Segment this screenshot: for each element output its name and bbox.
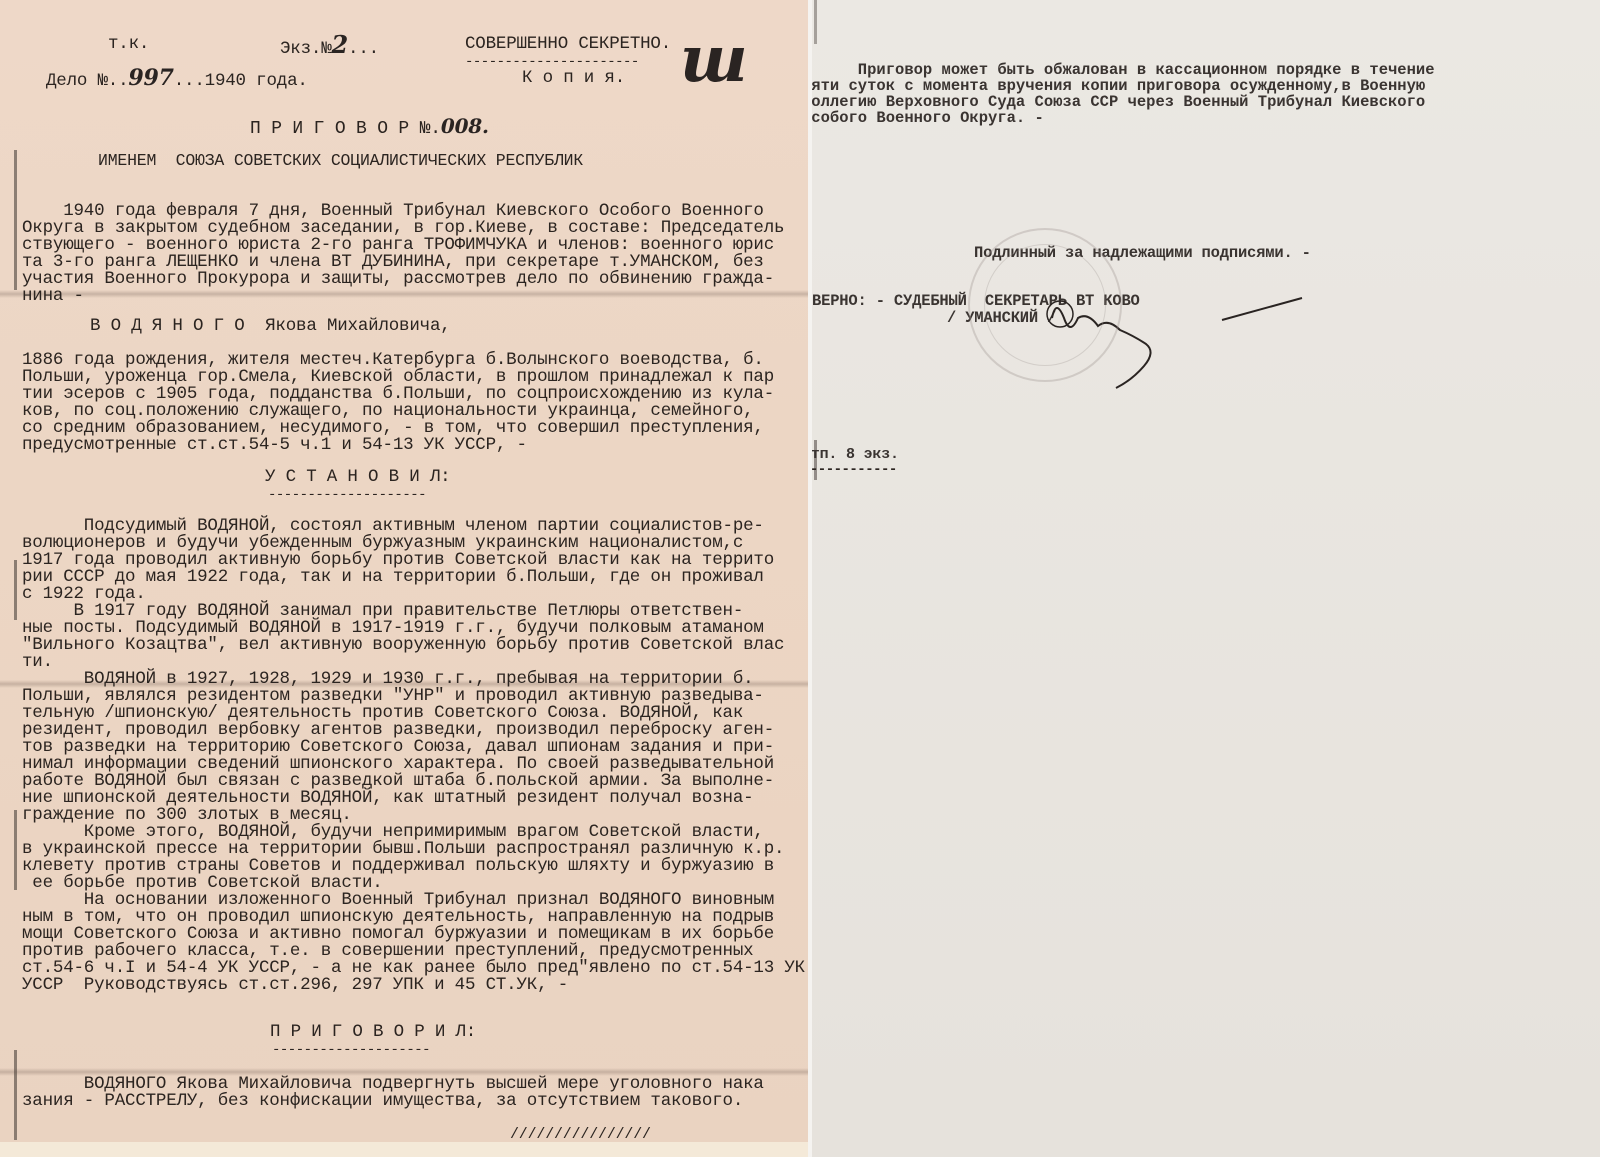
verdict-title: П Р И Г О В О Р №.008. [250,118,489,138]
binder-mark [14,150,17,290]
binder-mark [814,0,817,44]
right-page: Приговор может быть обжалован в кассацио… [812,0,1600,1157]
defendant-line: предусмотренные ст.ст.54-5 ч.1 и 54-13 У… [22,437,782,454]
sentenced-heading: П Р И Г О В О Р И Л: [270,1024,476,1041]
copy-label: К о п и я. [522,70,625,87]
in-the-name-heading: ИМЕНЕМ СОЮЗА СОВЕТСКИХ СОЦИАЛИСТИЧЕСКИХ … [98,152,583,169]
appeal-line: пяти суток с момента вручения копии приг… [812,78,1435,94]
established-heading: У С Т А Н О В И Л: [265,469,450,486]
margin-handwriting: ш [680,28,748,92]
left-page: т.к. Экз.№2... СОВЕРШЕННО СЕКРЕТНО. ----… [0,0,810,1157]
verdict-number-handwritten: 008. [441,114,489,138]
sentenced-rule: -------------------- [272,1042,430,1058]
classification-label: СОВЕРШЕННО СЕКРЕТНО. [465,36,671,53]
case-number-prefix: Дело №.. [46,71,128,91]
copies-note: отп. 8 экз. [812,446,899,463]
case-year: ...1940 года. [174,71,308,91]
intro-line: участия Военного Прокурора и защиты, рас… [22,271,782,288]
appeal-line: Особого Военного Округа. - [812,110,1435,126]
intro-line: нина - [22,288,782,305]
established-rule: -------------------- [268,487,426,503]
sentence-paragraph: ВОДЯНОГО Якова Михайловича подвергнуть в… [22,1076,782,1110]
copy-number-prefix: Экз.№ [280,39,332,59]
appeal-paragraph: Приговор может быть обжалован в кассацио… [812,62,1435,126]
established-line: УССР Руководствуясь ст.ст.296, 297 УПК и… [22,977,782,994]
appeal-line: Приговор может быть обжалован в кассацио… [812,62,1435,78]
copy-number-label: Экз.№2... [280,36,379,58]
established-body: Подсудимый ВОДЯНОЙ, состоял активным чле… [22,518,782,994]
defendant-name: В О Д Я Н О Г О Якова Михайловича, [90,318,451,335]
verdict-number-label: №. [420,119,441,139]
established-line: "Вильного Козацтва", вел активную вооруж… [22,637,782,654]
tk-label: т.к. [108,36,149,53]
copies-rule: ------------ [812,462,897,478]
binder-mark [14,810,17,890]
end-marks: //////////////// [510,1126,651,1143]
case-number-handwritten: 997 [128,65,173,91]
case-number: Дело №..997...1940 года. [46,70,308,90]
verdict-word: П Р И Г О В О Р [250,119,409,139]
appeal-line: Коллегию Верховного Суда Союза ССР через… [812,94,1435,110]
faded-seal-stamp [968,228,1122,382]
copy-number-handwritten: 2 [332,30,349,59]
binder-mark [14,560,17,620]
copy-number-dots: ... [348,39,379,59]
intro-paragraph: 1940 года февраля 7 дня, Военный Трибуна… [22,203,782,305]
binder-mark [14,1050,17,1140]
sentence-line: зания - РАССТРЕЛУ, без конфискации имуще… [22,1093,782,1110]
defendant-details: 1886 года рождения, жителя местеч.Катерб… [22,352,782,454]
